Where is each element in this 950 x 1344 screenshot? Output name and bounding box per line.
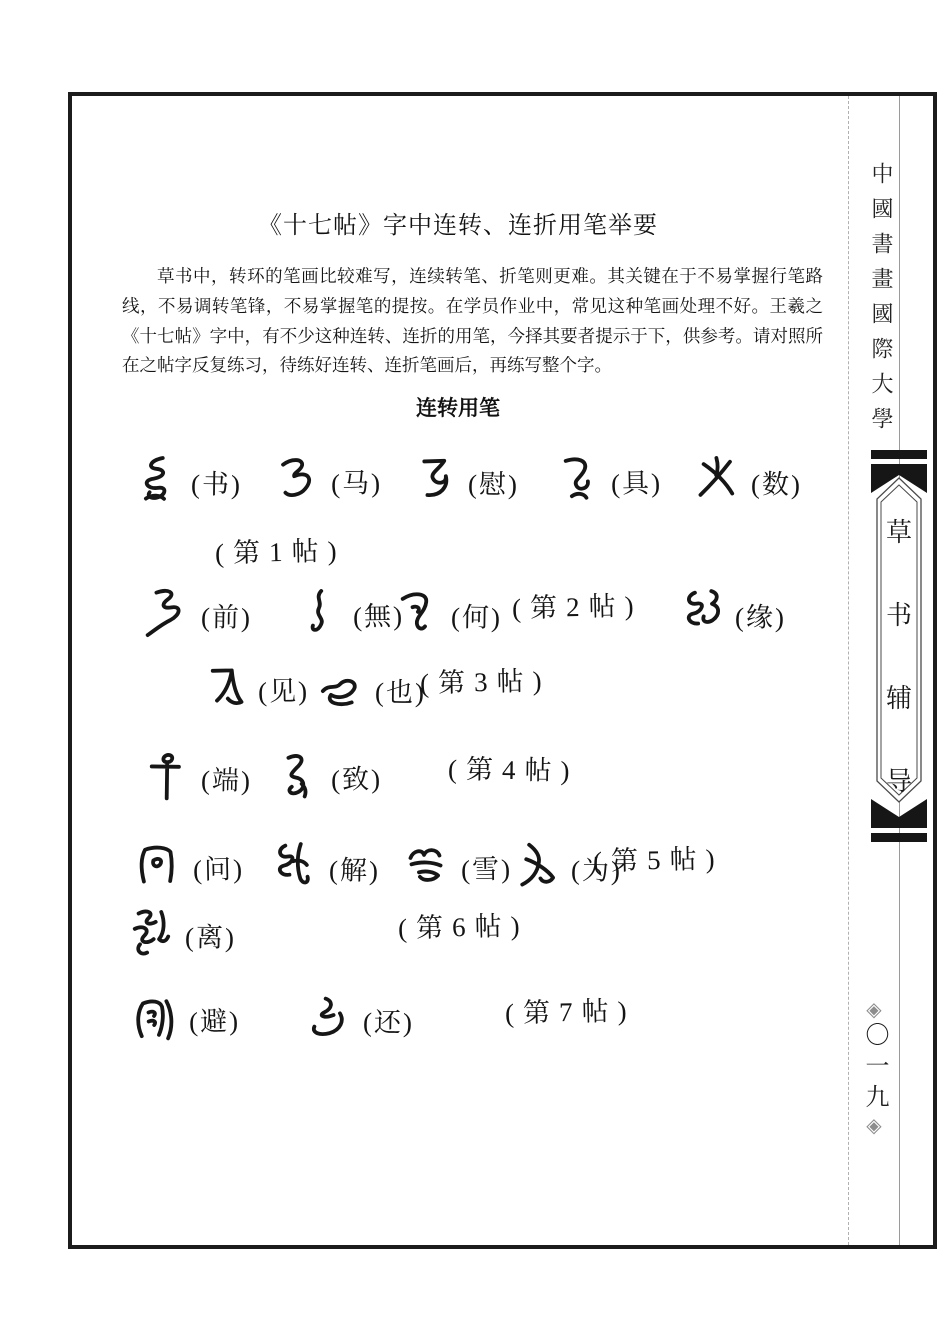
diamond-icon: ◈ — [866, 1116, 881, 1136]
cursive-example: (也) — [312, 659, 427, 719]
cursive-example: (还) — [300, 989, 415, 1049]
tie-number-tag: (第5帖) — [593, 837, 724, 879]
glyph-annotation-label: (数) — [751, 462, 803, 502]
glyph-annotation-label: (致) — [331, 756, 383, 796]
tie-number-tag: (第2帖) — [512, 584, 643, 626]
book-page: 《十七帖》字中连转、连折用笔举要 草书中，转环的笔画比较难写，连续转笔、折笔则更… — [0, 0, 950, 1344]
banner-title-char: 导 — [886, 761, 912, 798]
cursive-example: (见) — [194, 659, 309, 719]
cursive-example: (雪) — [397, 837, 512, 897]
cursive-li-icon — [122, 904, 181, 963]
cursive-shu-icon — [128, 451, 187, 510]
cursive-example: (端) — [138, 747, 253, 807]
cursive-example: (缘) — [672, 584, 787, 644]
banner-title-char: 书 — [886, 595, 912, 632]
cursive-example: (前) — [138, 584, 253, 644]
banner-title: 草书辅导 — [869, 512, 929, 798]
tie-number-tag: (第4帖) — [448, 747, 579, 788]
cursive-wu-icon — [289, 585, 348, 644]
glyph-annotation-label: (书) — [191, 462, 243, 502]
glyph-annotation-label: (何) — [451, 595, 503, 635]
cursive-example: (书) — [128, 451, 243, 511]
cursive-example: (致) — [267, 747, 382, 807]
banner-title-char: 草 — [886, 512, 912, 549]
cursive-ye-icon — [312, 659, 371, 718]
cursive-huan-icon — [300, 989, 359, 1048]
glyph-annotation-label: (问) — [193, 846, 245, 886]
cursive-example: (具) — [547, 451, 662, 511]
cursive-ma-icon — [267, 452, 326, 511]
glyph-annotation-label: (前) — [201, 595, 253, 635]
cursive-jie-icon — [266, 837, 325, 896]
diamond-icon: ◈ — [866, 1000, 881, 1020]
cursive-wei-icon — [405, 451, 464, 510]
tie-number-label: (第6帖) — [398, 904, 529, 946]
tie-number-tag: (第7帖) — [505, 989, 636, 1031]
glyph-annotation-label: (见) — [258, 668, 310, 708]
cursive-example: (马) — [267, 451, 382, 511]
tie-number-tag: (第3帖) — [420, 659, 551, 701]
glyph-annotation-label: (离) — [185, 915, 237, 955]
cursive-xue-icon — [397, 838, 456, 897]
tie-number-label: (第2帖) — [512, 584, 643, 626]
glyph-annotation-label: (避) — [189, 998, 241, 1038]
glyph-annotation-label: (慰) — [468, 462, 520, 502]
tie-number-label: (第4帖) — [448, 747, 579, 788]
cursive-example: (何) — [388, 584, 503, 644]
institution-name: 中國書畫國際大學 — [851, 152, 897, 452]
glyph-annotation-label: (马) — [331, 460, 383, 500]
cursive-ju-icon — [547, 452, 606, 511]
page-title: 《十七帖》字中连转、连折用笔举要 — [68, 205, 848, 240]
tie-number-label: (第7帖) — [505, 989, 636, 1031]
cursive-wen-icon — [129, 838, 188, 897]
banner-bottom-bar — [871, 833, 927, 842]
glyph-annotation-label: (雪) — [461, 846, 513, 886]
page-number: ◈ 〇一九 ◈ — [851, 1000, 897, 1136]
page-number-digits: 〇一九 — [862, 1022, 886, 1115]
banner-top-bar — [871, 450, 927, 459]
cursive-example: (慰) — [405, 451, 520, 511]
cursive-he-icon — [388, 584, 447, 643]
calligraphy-row: (见)(也)(第3帖) — [0, 660, 850, 736]
banner-bottom-ribbon — [871, 799, 927, 828]
calligraphy-row: (端)(致)(第4帖) — [0, 748, 850, 824]
calligraphy-row: (书)(马)(慰)(具)(数) — [0, 452, 850, 528]
cursive-example: (离) — [122, 904, 237, 964]
cursive-bi-icon — [125, 990, 184, 1049]
calligraphy-row: (前)(無)(何)(第2帖)(缘) — [0, 585, 850, 661]
cursive-qian-icon — [138, 584, 197, 643]
cursive-example: (数) — [688, 451, 803, 511]
banner-title-char: 辅 — [886, 678, 912, 715]
glyph-annotation-label: (端) — [201, 758, 253, 798]
glyph-annotation-label: (解) — [329, 848, 381, 888]
cursive-yuan-icon — [672, 584, 731, 643]
tie-number-label: (第1帖) — [215, 529, 346, 571]
glyph-annotation-label: (也) — [375, 670, 427, 710]
cursive-example: (解) — [266, 837, 381, 897]
cursive-example: (问) — [129, 837, 244, 897]
cursive-wei2-icon — [508, 837, 567, 896]
tie-number-tag: (第1帖) — [215, 529, 346, 571]
cursive-zhi-icon — [267, 748, 326, 807]
tie-number-tag: (第6帖) — [398, 904, 529, 946]
cursive-example: (避) — [125, 989, 240, 1049]
calligraphy-row: (离)(第6帖) — [0, 905, 850, 981]
section-heading: 连转用笔 — [68, 392, 848, 422]
tie-number-label: (第5帖) — [593, 837, 724, 879]
intro-paragraph: 草书中，转环的笔画比较难写，连续转笔、折笔则更难。其关键在于不易掌握行笔路线，不… — [122, 262, 823, 381]
calligraphy-row: (问)(解)(雪)(为)(第5帖) — [0, 838, 850, 914]
cursive-duan-icon — [138, 747, 197, 806]
glyph-annotation-label: (缘) — [735, 595, 787, 635]
cursive-shu4-icon — [688, 451, 747, 510]
glyph-annotation-label: (具) — [611, 460, 663, 500]
calligraphy-row: (避)(还)(第7帖) — [0, 990, 850, 1066]
glyph-annotation-label: (还) — [363, 1000, 415, 1040]
tie-number-label: (第3帖) — [420, 659, 551, 701]
cursive-jian-icon — [194, 660, 253, 719]
